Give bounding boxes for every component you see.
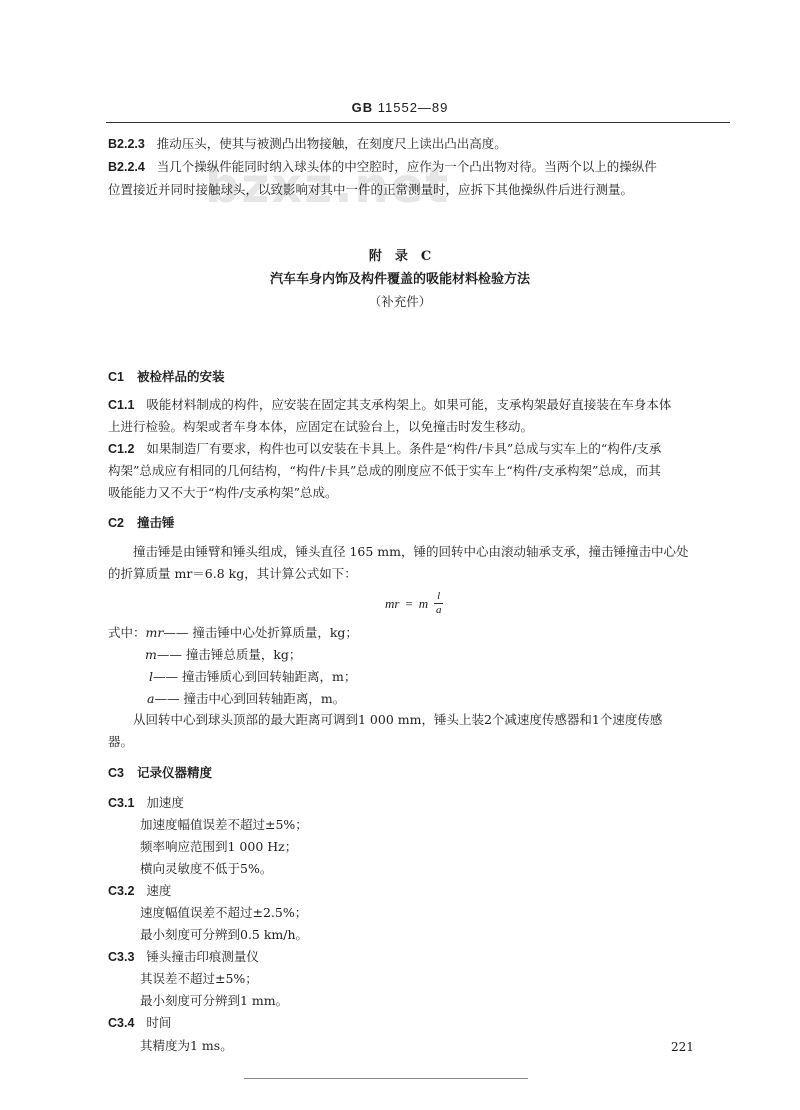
c3-1-line-2: 频率响应范围到1 000 Hz； (140, 839, 297, 855)
header-number: 11552—89 (378, 100, 449, 115)
c3-1-line-3: 横向灵敏度不低于5%。 (140, 861, 272, 877)
clause-b2-2-3: B2.2.3 推动压头，使其与被测凸出物接触，在刻度尺上读出凸出高度。 (108, 136, 507, 152)
bottom-rule (244, 1078, 528, 1079)
clause-c1-1-cont: 上进行检验。构架或者车身本体，应固定在试验台上，以免撞击时发生移动。 (108, 419, 533, 435)
section-heading-c1: C1 被检样品的安装 (108, 369, 225, 385)
page-number: 221 (671, 1040, 694, 1054)
formula-mr: mr = m l a (385, 590, 443, 617)
c3-3-line-1: 其误差不超过±5%； (140, 971, 258, 987)
c3-2-line-2: 最小刻度可分辨到0.5 km/h。 (140, 927, 308, 943)
fraction-l-over-a: l a (434, 590, 443, 617)
c2-paragraph-2: 从回转中心到球头顶部的最大距离可调到1 000 mm，锤头上装2个减速度传感器和… (133, 712, 662, 728)
clause-c1-2-cont1: 构架”总成应有相同的几何结构，“构件/卡具”总成的刚度应不低于实车上“构件/支承… (108, 463, 661, 479)
page-header: GB 11552—89 (0, 100, 800, 115)
c2-paragraph-1: 撞击锤是由锤臂和锤头组成，锤头直径 165 mm，锤的回转中心由滚动轴承支承，撞… (133, 544, 689, 560)
clause-c1-2: C1.2 如果制造厂有要求，构件也可以安装在卡具上。条件是“构件/卡具”总成与实… (108, 441, 661, 457)
c3-4-line-1: 其精度为1 ms。 (140, 1038, 233, 1054)
clause-c3-4: C3.4 时间 (108, 1015, 171, 1031)
clause-c1-2-cont2: 吸能能力又不大于“构件/支承构架”总成。 (108, 485, 338, 501)
appendix-subtitle: （补充件） (0, 294, 800, 310)
c3-2-line-1: 速度幅值误差不超过±2.5%； (140, 905, 307, 921)
where-line-l: l—— 撞击锤质心到回转轴距离，m； (149, 669, 356, 685)
c2-paragraph-1-cont: 的折算质量 mr＝6.8 kg，其计算公式如下： (108, 566, 357, 582)
where-line-m: m—— 撞击锤总质量，kg； (145, 647, 301, 663)
c3-3-line-2: 最小刻度可分辨到1 mm。 (140, 993, 288, 1009)
appendix-title: 汽车车身内饰及构件覆盖的吸能材料检验方法 (0, 272, 800, 288)
where-line-mr: 式中：mr—— 撞击锤中心处折算质量，kg； (108, 625, 358, 641)
clause-b2-2-4-cont: 位置接近并同时接触球头，以致影响对其中一件的正常测量时，应拆下其他操纵件后进行测… (108, 182, 633, 198)
clause-c3-1: C3.1 加速度 (108, 795, 184, 811)
section-heading-c2: C2 撞击锤 (108, 515, 175, 531)
c2-paragraph-2-cont: 器。 (108, 734, 133, 750)
clause-c3-3: C3.3 锤头撞击印痕测量仪 (108, 949, 259, 965)
appendix-label: 附 录 C (0, 249, 800, 265)
clause-c3-2: C3.2 速度 (108, 883, 171, 899)
document-page: GB 11552—89 bzxz.net B2.2.3 推动压头，使其与被测凸出… (0, 0, 800, 1110)
header-standard: GB (352, 100, 374, 115)
c3-1-line-1: 加速度幅值误差不超过±5%； (140, 817, 308, 833)
clause-c1-1: C1.1 吸能材料制成的构件，应安装在固定其支承构架上。如果可能，支承构架最好直… (108, 397, 671, 413)
clause-b2-2-4: B2.2.4 当几个操纵件能同时纳入球头体的中空腔时，应作为一个凸出物对待。当两… (108, 159, 657, 175)
where-line-a: a—— 撞击中心到回转轴距离，m。 (147, 691, 345, 707)
section-heading-c3: C3 记录仪器精度 (108, 765, 212, 781)
header-rule (106, 122, 730, 123)
